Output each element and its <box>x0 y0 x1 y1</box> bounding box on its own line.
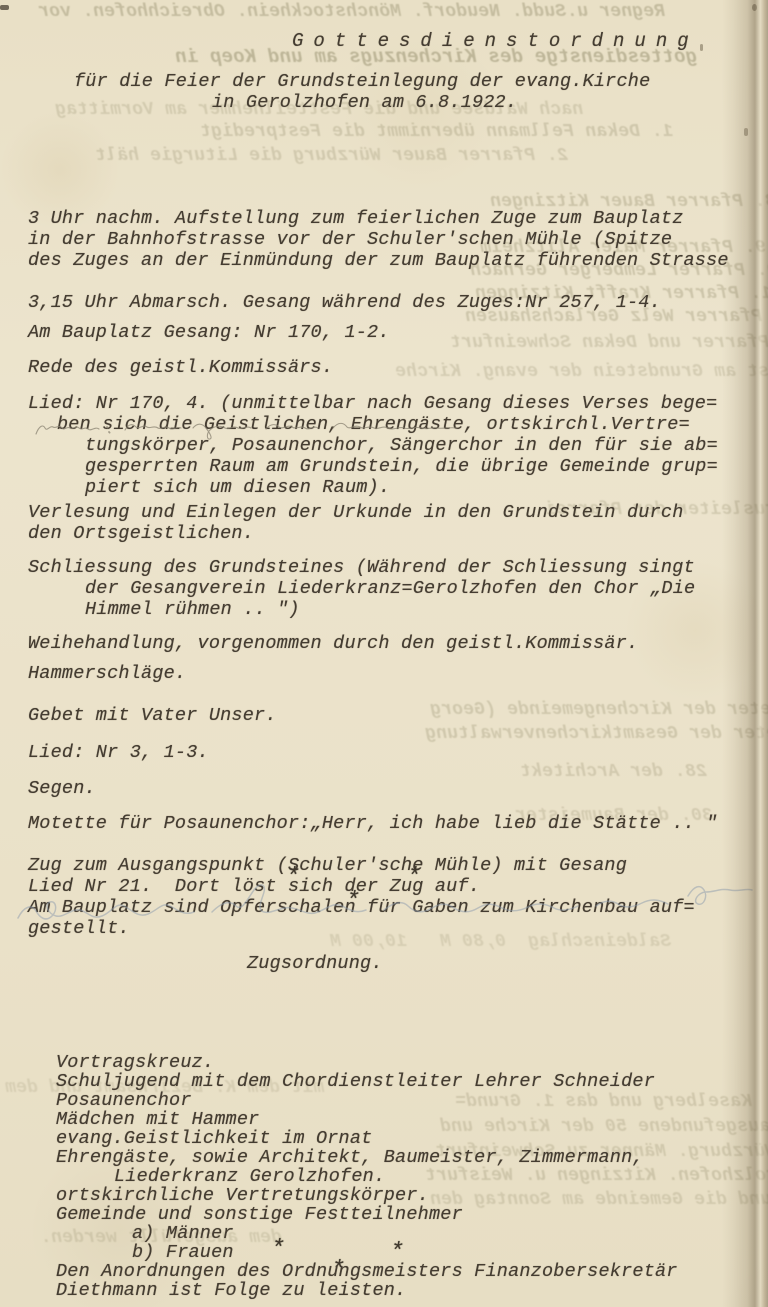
typewritten-line: gestellt. <box>28 918 768 939</box>
typewritten-line: Schliessung des Grundsteines (Während de… <box>28 557 768 578</box>
typewritten-line: den Ortsgeistlichen. <box>28 523 768 544</box>
typewritten-line: der Gesangverein Liederkranz=Gerolzhofen… <box>85 578 768 599</box>
document-page: Regner u.Sudd. Neudorf. Mönchstockhein. … <box>0 0 768 1307</box>
procession-item: Schuljugend mit dem Chordienstleiter Leh… <box>56 1072 768 1091</box>
typewritten-line: Segen. <box>28 778 768 799</box>
procession-order-heading: Zugsordnung. <box>247 954 768 973</box>
procession-item: Gemeinde und sonstige Festteilnehmer <box>56 1205 768 1224</box>
procession-item: Vortragskreuz. <box>56 1053 768 1072</box>
typewritten-line: Hammerschläge. <box>28 663 768 684</box>
typewritten-line: Lied: Nr 170, 4. (unmittelbar nach Gesan… <box>28 393 768 414</box>
typewritten-line: Gebet mit Vater Unser. <box>28 705 768 726</box>
typewritten-line: gesperrten Raum am Grundstein, die übrig… <box>85 456 768 477</box>
typewritten-line: 3,15 Uhr Abmarsch. Gesang während des Zu… <box>28 292 768 313</box>
procession-item: a) Männer <box>132 1224 768 1243</box>
typewritten-line: Motette für Posaunenchor:„Herr, ich habe… <box>28 813 768 834</box>
procession-item: Den Anordnungen des Ordnungsmeisters Fin… <box>56 1262 768 1281</box>
paper-speck <box>700 44 703 51</box>
typewritten-line: Am Bauplatz sind Opferschalen für Gaben … <box>28 897 768 918</box>
typewritten-line: Weihehandlung, vorgenommen durch den gei… <box>28 633 768 654</box>
typewritten-line: ben sich die Geistlichen, Ehrengäste, or… <box>57 414 768 435</box>
procession-order-list: Vortragskreuz.Schuljugend mit dem Chordi… <box>28 990 768 1300</box>
bleedthrough-text-line: Regner u.Sudd. Neudorf. Mönchstockhein. … <box>38 2 665 22</box>
typewritten-line: des Zuges an der Einmündung der zum Baup… <box>28 250 768 271</box>
procession-item: Diethmann ist Folge zu leisten. <box>56 1281 768 1300</box>
typewritten-line: in der Bahnhofstrasse vor der Schuler'sc… <box>28 229 768 250</box>
procession-order-section: Zugsordnung. Vortragskreuz.Schuljugend m… <box>28 954 768 1300</box>
typewritten-line: 3 Uhr nachm. Aufstellung zum feierlichen… <box>28 208 768 229</box>
document-subtitle-line1: für die Feier der Grundsteinlegung der e… <box>74 71 650 92</box>
typewritten-line: tungskörper, Posaunenchor, Sängerchor in… <box>85 435 768 456</box>
typewritten-line: Zug zum Ausgangspunkt (Schuler'sche Mühl… <box>28 855 768 876</box>
typewritten-line: Lied Nr 21. Dort löst sich der Zug auf. <box>28 876 768 897</box>
procession-item: b) Frauen <box>132 1243 768 1262</box>
order-of-service-text: 3 Uhr nachm. Aufstellung zum feierlichen… <box>28 145 768 939</box>
bleedthrough-text-line: 1. Dekan Fellmann übernimmt die Festpred… <box>200 122 673 142</box>
document-subtitle-line2: in Gerolzhofen am 6.8.1922. <box>212 92 517 113</box>
paper-speck <box>0 5 9 10</box>
procession-item: evang.Geistlichkeit im Ornat <box>56 1129 768 1148</box>
paper-speck <box>752 4 757 11</box>
paper-speck <box>744 128 748 136</box>
procession-item: Mädchen mit Hammer <box>56 1110 768 1129</box>
typewritten-line: Rede des geistl.Kommissärs. <box>28 357 768 378</box>
procession-item: Ehrengäste, sowie Architekt, Baumeister,… <box>56 1148 768 1167</box>
typewritten-line: Am Bauplatz Gesang: Nr 170, 1-2. <box>28 322 768 343</box>
typewritten-line: Lied: Nr 3, 1-3. <box>28 742 768 763</box>
document-title: Gottesdienstordnung <box>292 31 699 52</box>
typewritten-line: Verlesung und Einlegen der Urkunde in de… <box>28 502 768 523</box>
procession-item: ortskirchliche Vertretungskörper. <box>56 1186 768 1205</box>
typewritten-line: Himmel rühmen .. ") <box>85 599 768 620</box>
procession-item: Posaunenchor <box>56 1091 768 1110</box>
procession-item: Liederkranz Gerolzhofen. <box>114 1167 768 1186</box>
typewritten-line: piert sich um diesen Raum). <box>85 477 768 498</box>
